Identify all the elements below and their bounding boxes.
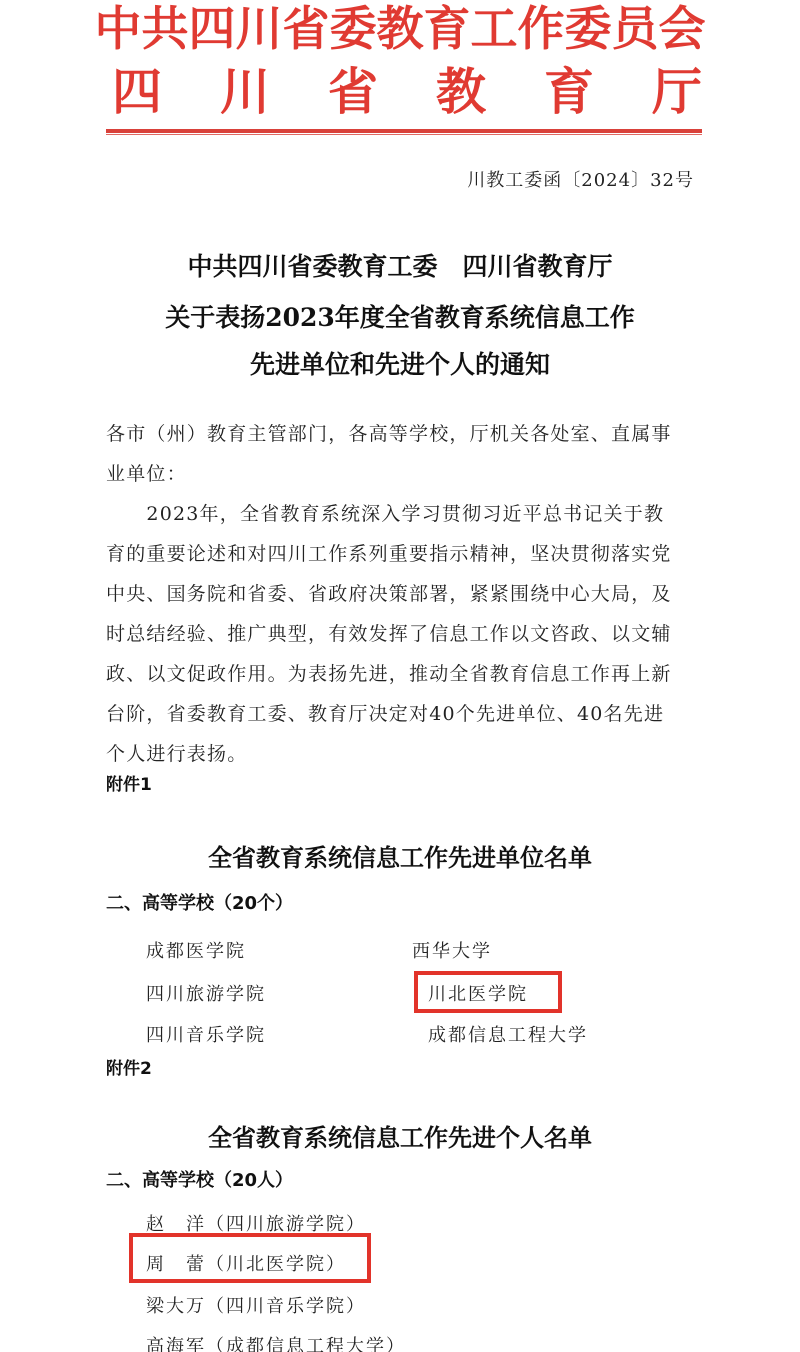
letterhead-char: 育 [544, 62, 594, 122]
individual-item: 高海军（成都信息工程大学） [146, 1332, 406, 1352]
paragraph-line: 2023年，全省教育系统深入学习贯彻习近平总书记关于教 [106, 494, 702, 534]
salutation-line: 各市（州）教育主管部门，各高等学校，厅机关各处室、直属事 [106, 414, 702, 454]
unit-item: 四川旅游学院 [146, 980, 266, 1006]
letterhead-divider-thin [106, 134, 702, 135]
unit-item: 西华大学 [412, 937, 492, 963]
annex1-list-title: 全省教育系统信息工作先进单位名单 [0, 838, 800, 873]
annex1-section: 二、高等学校（20个） [106, 889, 293, 915]
unit-item: 四川音乐学院 [146, 1021, 266, 1047]
paragraph-line: 时总结经验、推广典型，有效发挥了信息工作以文咨政、以文辅 [106, 614, 702, 654]
paragraph-line: 育的重要论述和对四川工作系列重要指示精神，坚决贯彻落实党 [106, 534, 702, 574]
body-paragraph: 2023年，全省教育系统深入学习贯彻习近平总书记关于教 育的重要论述和对四川工作… [106, 494, 702, 774]
salutation-line: 业单位： [106, 454, 702, 494]
unit-item: 成都医学院 [146, 937, 246, 963]
doc-title-line2: 关于表扬2023年度全省教育系统信息工作 [0, 301, 800, 335]
letterhead-char: 厅 [652, 62, 702, 122]
annex2-section: 二、高等学校（20人） [106, 1166, 293, 1192]
paragraph-line: 台阶，省委教育工委、教育厅决定对40个先进单位、40名先进 [106, 694, 702, 734]
letterhead-department: 四 川 省 教 育 厅 [112, 62, 702, 122]
annex2-label: 附件2 [106, 1054, 152, 1079]
annex1-label: 附件1 [106, 770, 152, 795]
annex2-list-title: 全省教育系统信息工作先进个人名单 [0, 1118, 800, 1153]
letterhead-committee: 中共四川省委教育工作委员会 [0, 2, 800, 58]
unit-item: 成都信息工程大学 [428, 1021, 588, 1047]
doc-title-line1: 中共四川省委教育工委 四川省教育厅 [0, 250, 800, 284]
paragraph-line: 中央、国务院和省委、省政府决策部署，紧紧围绕中心大局，及 [106, 574, 702, 614]
letterhead-divider [106, 129, 702, 133]
highlight-box [129, 1233, 371, 1283]
letterhead-char: 四 [112, 62, 162, 122]
highlight-box [414, 971, 562, 1013]
paragraph-line: 个人进行表扬。 [106, 734, 702, 774]
letterhead-char: 川 [220, 62, 270, 122]
doc-title-line3: 先进单位和先进个人的通知 [0, 348, 800, 382]
salutation: 各市（州）教育主管部门，各高等学校，厅机关各处室、直属事 业单位： [106, 414, 702, 494]
document-number: 川教工委函〔2024〕32号 [467, 166, 694, 192]
paragraph-line: 政、以文促政作用。为表扬先进，推动全省教育信息工作再上新 [106, 654, 702, 694]
individual-item: 梁大万（四川音乐学院） [146, 1292, 366, 1318]
letterhead-char: 教 [436, 62, 486, 122]
letterhead-char: 省 [328, 62, 378, 122]
